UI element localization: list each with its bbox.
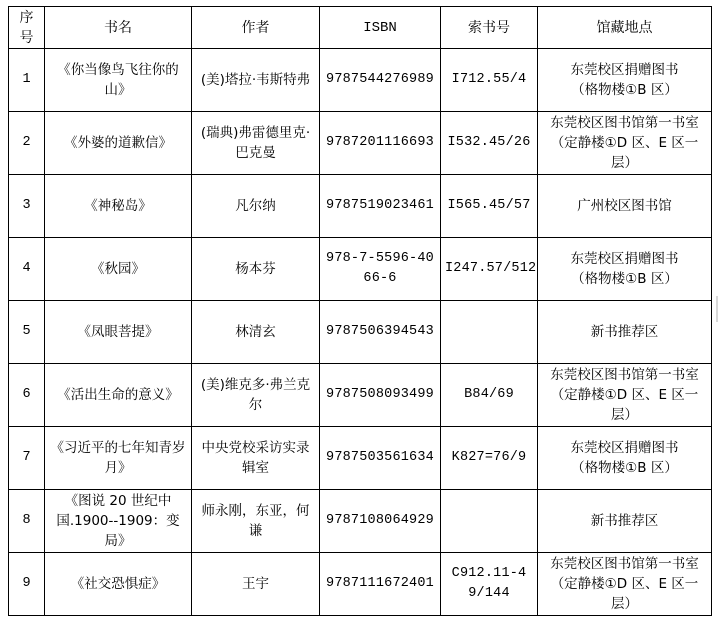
cell-call-number: [441, 490, 538, 553]
cell-isbn: 9787111672401: [320, 553, 441, 616]
header-title: 书名: [45, 7, 192, 49]
location-line-1: 新书推荐区: [542, 511, 707, 531]
cell-isbn: 9787519023461: [320, 175, 441, 238]
cell-author: 中央党校采访实录辑室: [192, 427, 320, 490]
cell-isbn: 978-7-5596-4066-6: [320, 238, 441, 301]
location-line-1: 新书推荐区: [542, 322, 707, 342]
cell-isbn: 9787508093499: [320, 364, 441, 427]
header-call-number: 索书号: [441, 7, 538, 49]
cell-title: 《外婆的道歉信》: [45, 112, 192, 175]
cell-title: 《活出生命的意义》: [45, 364, 192, 427]
location-line-2: （格物楼①B 区）: [542, 458, 707, 478]
header-location: 馆藏地点: [538, 7, 712, 49]
location-line-1: 东莞校区图书馆第一书室: [542, 113, 707, 133]
cell-isbn: 9787108064929: [320, 490, 441, 553]
cell-location: 新书推荐区: [538, 301, 712, 364]
location-line-2: （定静楼①D 区、E 区一层）: [542, 574, 707, 614]
location-line-1: 东莞校区捐赠图书: [542, 60, 707, 80]
table-row: 5 《凤眼菩提》 林清玄 9787506394543 新书推荐区: [9, 301, 712, 364]
table-row: 2 《外婆的道歉信》 (瑞典)弗雷德里克·巴克曼 9787201116693 I…: [9, 112, 712, 175]
location-line-1: 广州校区图书馆: [542, 196, 707, 216]
cell-title: 《秋园》: [45, 238, 192, 301]
location-line-2: （格物楼①B 区）: [542, 80, 707, 100]
cell-location: 东莞校区图书馆第一书室 （定静楼①D 区、E 区一层）: [538, 364, 712, 427]
cell-index: 1: [9, 49, 45, 112]
cell-author: 凡尔纳: [192, 175, 320, 238]
cell-call-number: C912.11-49/144: [441, 553, 538, 616]
cell-call-number: I247.57/512: [441, 238, 538, 301]
location-line-1: 东莞校区图书馆第一书室: [542, 554, 707, 574]
cell-location: 东莞校区捐赠图书 （格物楼①B 区）: [538, 49, 712, 112]
table-row: 4 《秋园》 杨本芬 978-7-5596-4066-6 I247.57/512…: [9, 238, 712, 301]
cell-author: (美)维克多·弗兰克尔: [192, 364, 320, 427]
table-header-row: 序号 书名 作者 ISBN 索书号 馆藏地点: [9, 7, 712, 49]
location-line-1: 东莞校区捐赠图书: [542, 438, 707, 458]
table-row: 1 《你当像鸟飞往你的山》 (美)塔拉·韦斯特弗 9787544276989 I…: [9, 49, 712, 112]
cell-call-number: [441, 301, 538, 364]
cell-isbn: 9787506394543: [320, 301, 441, 364]
cell-index: 6: [9, 364, 45, 427]
cell-index: 8: [9, 490, 45, 553]
cell-index: 7: [9, 427, 45, 490]
cell-location: 东莞校区捐赠图书 （格物楼①B 区）: [538, 427, 712, 490]
table-row: 7 《习近平的七年知青岁月》 中央党校采访实录辑室 9787503561634 …: [9, 427, 712, 490]
cell-location: 新书推荐区: [538, 490, 712, 553]
location-line-2: （定静楼①D 区、E 区一层）: [542, 385, 707, 425]
scrollbar-edge: [716, 296, 718, 322]
book-list-table: 序号 书名 作者 ISBN 索书号 馆藏地点 1 《你当像鸟飞往你的山》 (美)…: [8, 6, 712, 616]
cell-author: (美)塔拉·韦斯特弗: [192, 49, 320, 112]
cell-call-number: K827=76/9: [441, 427, 538, 490]
table-row: 6 《活出生命的意义》 (美)维克多·弗兰克尔 9787508093499 B8…: [9, 364, 712, 427]
cell-call-number: I712.55/4: [441, 49, 538, 112]
cell-index: 9: [9, 553, 45, 616]
cell-title: 《你当像鸟飞往你的山》: [45, 49, 192, 112]
cell-location: 东莞校区图书馆第一书室 （定静楼①D 区、E 区一层）: [538, 553, 712, 616]
cell-author: 师永刚，东亚，何谦: [192, 490, 320, 553]
cell-title: 《习近平的七年知青岁月》: [45, 427, 192, 490]
cell-isbn: 9787503561634: [320, 427, 441, 490]
table-row: 3 《神秘岛》 凡尔纳 9787519023461 I565.45/57 广州校…: [9, 175, 712, 238]
cell-isbn: 9787544276989: [320, 49, 441, 112]
cell-author: 林清玄: [192, 301, 320, 364]
header-index: 序号: [9, 7, 45, 49]
location-line-2: （定静楼①D 区、E 区一层）: [542, 133, 707, 173]
cell-author: 杨本芬: [192, 238, 320, 301]
location-line-1: 东莞校区图书馆第一书室: [542, 365, 707, 385]
header-author: 作者: [192, 7, 320, 49]
cell-location: 东莞校区图书馆第一书室 （定静楼①D 区、E 区一层）: [538, 112, 712, 175]
cell-title: 《凤眼菩提》: [45, 301, 192, 364]
cell-call-number: I565.45/57: [441, 175, 538, 238]
header-isbn: ISBN: [320, 7, 441, 49]
location-line-2: （格物楼①B 区）: [542, 269, 707, 289]
cell-title: 《神秘岛》: [45, 175, 192, 238]
cell-call-number: I532.45/26: [441, 112, 538, 175]
location-line-1: 东莞校区捐赠图书: [542, 249, 707, 269]
cell-isbn: 9787201116693: [320, 112, 441, 175]
table-row: 9 《社交恐惧症》 王宇 9787111672401 C912.11-49/14…: [9, 553, 712, 616]
cell-call-number: B84/69: [441, 364, 538, 427]
cell-location: 东莞校区捐赠图书 （格物楼①B 区）: [538, 238, 712, 301]
cell-title: 《图说 20 世纪中国.1900--1909：变局》: [45, 490, 192, 553]
cell-location: 广州校区图书馆: [538, 175, 712, 238]
cell-index: 4: [9, 238, 45, 301]
cell-index: 3: [9, 175, 45, 238]
cell-index: 5: [9, 301, 45, 364]
table-row: 8 《图说 20 世纪中国.1900--1909：变局》 师永刚，东亚，何谦 9…: [9, 490, 712, 553]
cell-index: 2: [9, 112, 45, 175]
cell-author: 王宇: [192, 553, 320, 616]
cell-author: (瑞典)弗雷德里克·巴克曼: [192, 112, 320, 175]
cell-title: 《社交恐惧症》: [45, 553, 192, 616]
